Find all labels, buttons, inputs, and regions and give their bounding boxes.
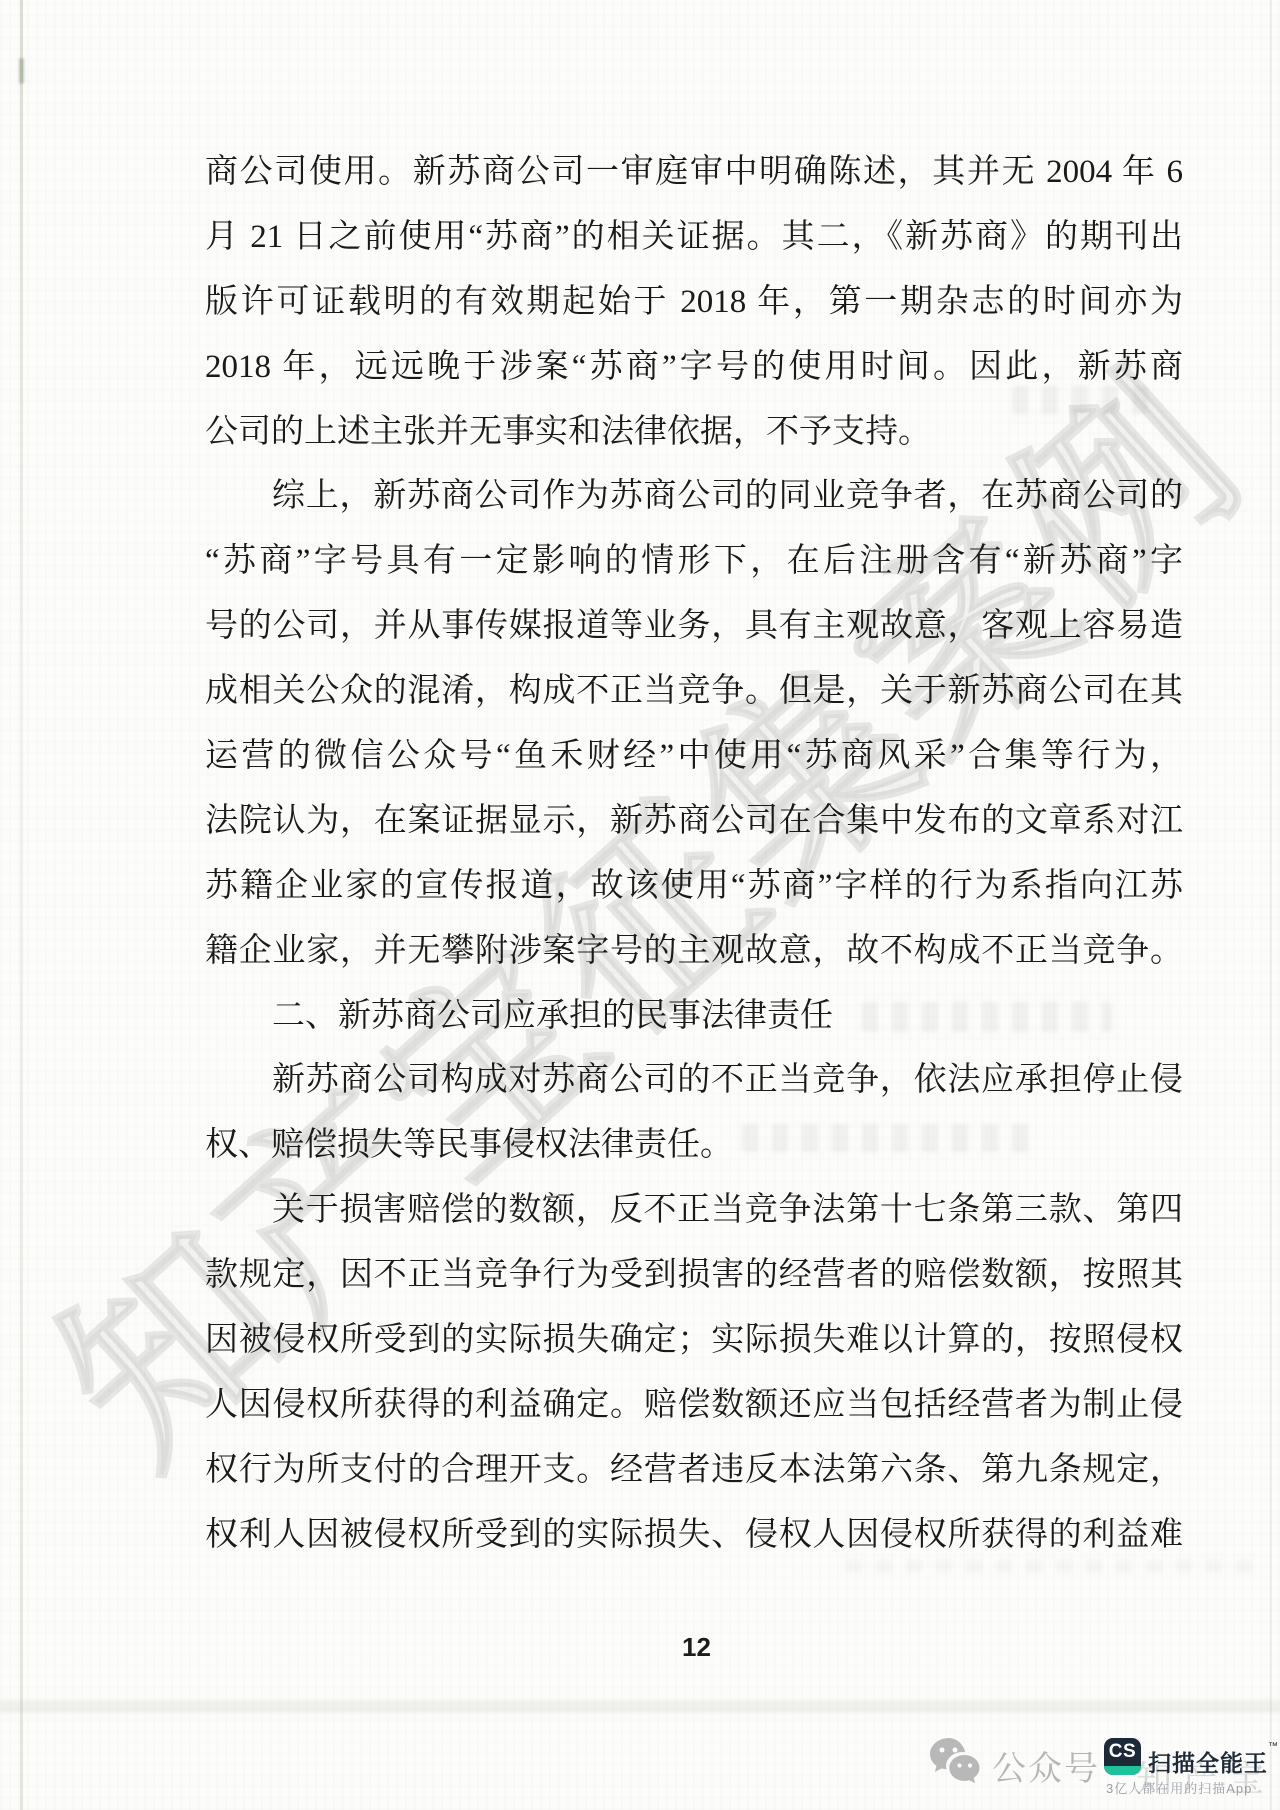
wechat-icon — [928, 1736, 982, 1789]
camscanner-brand-label: 扫描全能王 — [1148, 1750, 1268, 1776]
text-line: 关于损害赔偿的数额，反不正当竞争法第十七条第三款、第四 — [205, 1178, 1183, 1243]
text-line: 人因侵权所获得的利益确定。赔偿数额还应当包括经营者为制止侵 — [205, 1373, 1183, 1438]
camscanner-footer: 公众号 知产宝 CS 扫描全能王™ 3亿人都在用的扫描App — [0, 1725, 1280, 1810]
camscanner-logo-text: CS — [1109, 1738, 1136, 1765]
trademark-symbol: ™ — [1268, 1741, 1279, 1752]
text-line: 籍企业家，并无攀附涉案字号的主观故意，故不构成不正当竞争。 — [205, 919, 1183, 984]
scan-artifact-band — [0, 1700, 1280, 1713]
scan-edge-artifact — [19, 58, 24, 84]
text-line: 款规定，因不正当竞争行为受到损害的经营者的赔偿数额，按照其 — [205, 1243, 1183, 1308]
text-line: 版许可证载明的有效期起始于 2018 年，第一期杂志的时间亦为 — [205, 270, 1183, 335]
page-number: 12 — [682, 1632, 711, 1663]
text-line: 权、赔偿损失等民事侵权法律责任。 — [205, 1113, 1183, 1178]
text-line: 商公司使用。新苏商公司一审庭审中明确陈述，其并无 2004 年 6 — [205, 140, 1183, 205]
text-line: 法院认为，在案证据显示，新苏商公司在合集中发布的文章系对江 — [205, 789, 1183, 854]
text-line: 苏籍企业家的宣传报道，故该使用“苏商”字样的行为系指向江苏 — [205, 854, 1183, 919]
text-line: 新苏商公司构成对苏商公司的不正当竞争，依法应承担停止侵 — [205, 1048, 1183, 1113]
document-body: 商公司使用。新苏商公司一审庭审中明确陈述，其并无 2004 年 6月 21 日之… — [205, 140, 1183, 1568]
text-line: 权利人因被侵权所受到的实际损失、侵权人因侵权所获得的利益难 — [205, 1503, 1183, 1568]
scan-edge-right — [1270, 0, 1272, 1810]
scan-edge-left — [20, 0, 23, 1810]
text-line: 号的公司，并从事传媒报道等业务，具有主观故意，客观上容易造 — [205, 594, 1183, 659]
camscanner-brand-name: 扫描全能王™ — [1148, 1745, 1279, 1778]
text-line: 运营的微信公众号“鱼禾财经”中使用“苏商风采”合集等行为， — [205, 724, 1183, 789]
text-line: 二、新苏商公司应承担的民事法律责任 — [205, 984, 1183, 1049]
wechat-account-label: 公众号 — [992, 1741, 1100, 1790]
text-line: 2018 年，远远晚于涉案“苏商”字号的使用时间。因此，新苏商 — [205, 335, 1183, 400]
text-line: 综上，新苏商公司作为苏商公司的同业竞争者，在苏商公司的 — [205, 464, 1183, 529]
camscanner-logo-icon: CS — [1104, 1738, 1141, 1775]
text-line: “苏商”字号具有一定影响的情形下，在后注册含有“新苏商”字 — [205, 529, 1183, 594]
camscanner-logo-green-bar — [1104, 1766, 1141, 1775]
text-line: 月 21 日之前使用“苏商”的相关证据。其二，《新苏商》的期刊出 — [205, 205, 1183, 270]
camscanner-tagline: 3亿人都在用的扫描App — [1106, 1778, 1252, 1797]
text-line: 因被侵权所受到的实际损失确定；实际损失难以计算的，按照侵权 — [205, 1308, 1183, 1373]
text-line: 权行为所支付的合理开支。经营者违反本法第六条、第九条规定， — [205, 1438, 1183, 1503]
text-line: 成相关公众的混淆，构成不正当竞争。但是，关于新苏商公司在其 — [205, 659, 1183, 724]
text-line: 公司的上述主张并无事实和法律依据，不予支持。 — [205, 400, 1183, 465]
scanned-document-page: 知产宝征集案例 商公司使用。新苏商公司一审庭审中明确陈述，其并无 2004 年 … — [0, 0, 1280, 1810]
